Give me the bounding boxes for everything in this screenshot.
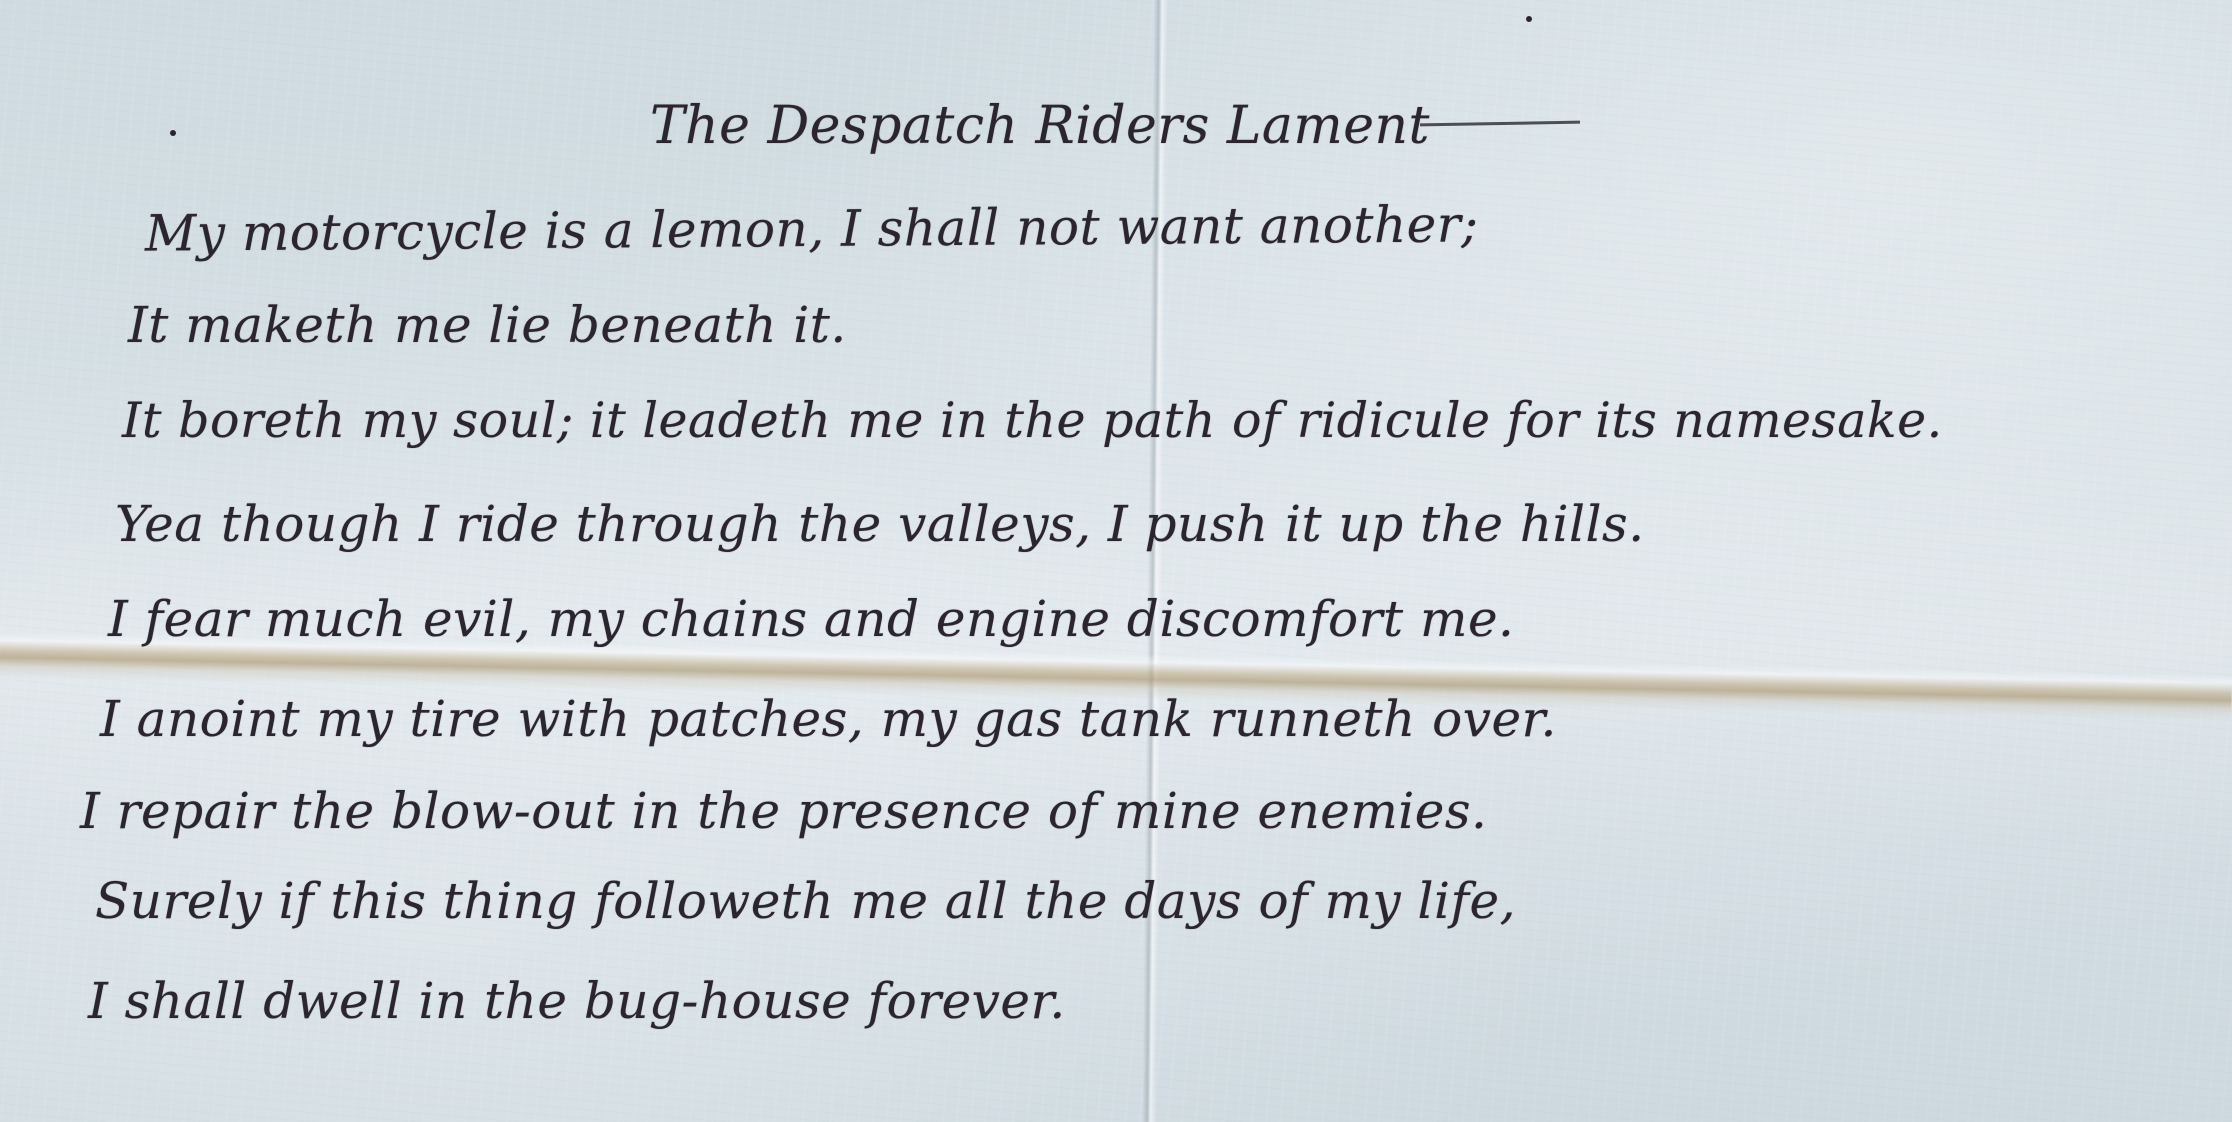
poem-line: I repair the blow-out in the presence of…: [80, 782, 1487, 840]
poem-line: Surely if this thing followeth me all th…: [95, 872, 1516, 930]
poem-line: It maketh me lie beneath it.: [128, 296, 847, 354]
poem-line: Yea though I ride through the valleys, I…: [115, 495, 1645, 553]
vertical-fold-crease: [1142, 0, 1168, 1122]
ink-speck: [1526, 16, 1532, 22]
handwritten-page: The Despatch Riders Lament My motorcycle…: [0, 0, 2232, 1122]
title-flourish: [1420, 121, 1580, 127]
poem-line: I shall dwell in the bug-house forever.: [88, 972, 1066, 1030]
poem-line: My motorcycle is a lemon, I shall not wa…: [145, 195, 1479, 262]
poem-title: The Despatch Riders Lament: [650, 96, 1430, 156]
poem-line: I fear much evil, my chains and engine d…: [108, 590, 1514, 648]
poem-line: I anoint my tire with patches, my gas ta…: [100, 690, 1557, 748]
ink-speck: [170, 130, 176, 136]
poem-line: It boreth my soul; it leadeth me in the …: [122, 392, 1943, 449]
